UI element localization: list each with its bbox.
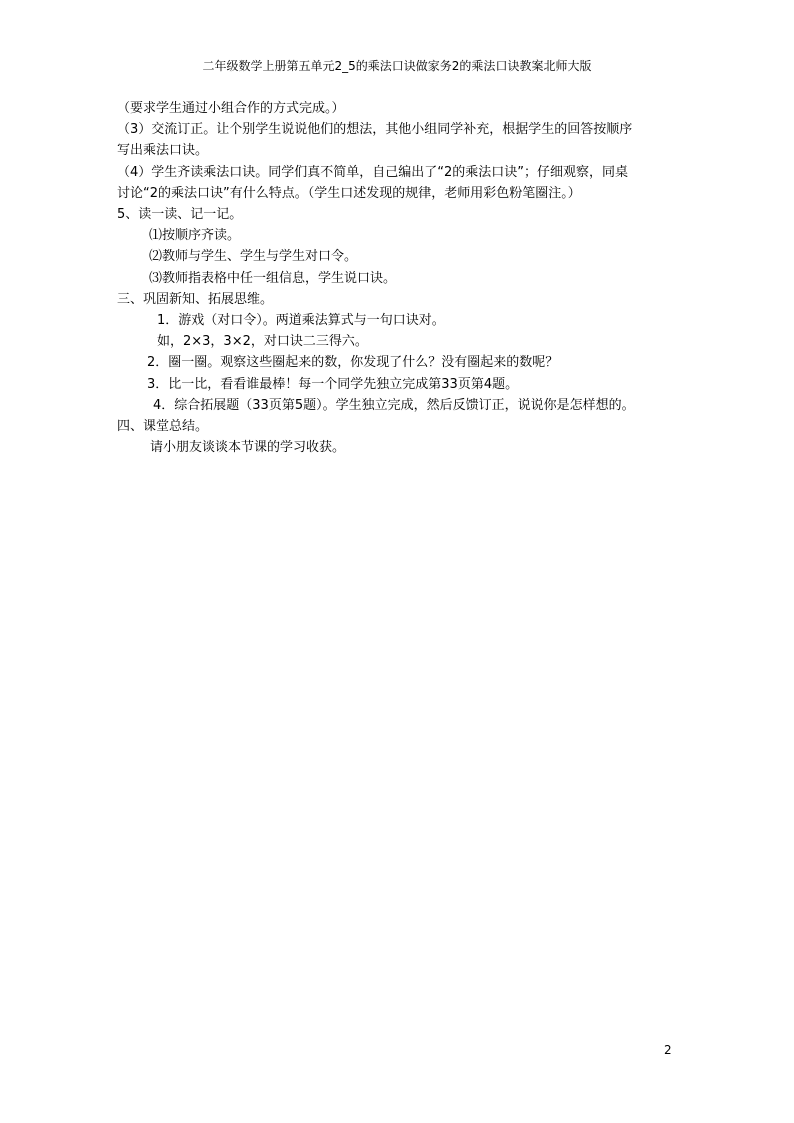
section-heading: 三、巩固新知、拓展思维。 xyxy=(117,289,682,310)
section-heading: 5、读一读、记一记。 xyxy=(117,204,682,225)
text-line: （4）学生齐读乘法口诀。同学们真不简单，自己编出了“2的乘法口诀”；仔细观察，同… xyxy=(117,162,682,183)
list-item: 3．比一比，看看谁最棒！每一个同学先独立完成第33页第4题。 xyxy=(117,374,682,395)
text-line: 如，2×3，3×2，对口诀二三得六。 xyxy=(117,331,682,352)
text-line: 请小朋友谈谈本节课的学习收获。 xyxy=(117,437,682,458)
document-body: （要求学生通过小组合作的方式完成。） （3）交流订正。让个别学生说说他们的想法，… xyxy=(117,98,682,458)
list-item: ⑴按顺序齐读。 xyxy=(117,225,682,246)
list-item: ⑵教师与学生、学生与学生对口令。 xyxy=(117,246,682,267)
list-item: 4．综合拓展题（33页第5题）。学生独立完成，然后反馈订正，说说你是怎样想的。 xyxy=(117,395,682,416)
text-line: 讨论“2的乘法口诀”有什么特点。（学生口述发现的规律，老师用彩色粉笔圈注。） xyxy=(117,183,682,204)
section-heading: 四、课堂总结。 xyxy=(117,416,682,437)
page-number: 2 xyxy=(664,1043,672,1057)
list-item: ⑶教师指表格中任一组信息，学生说口诀。 xyxy=(117,268,682,289)
list-item: 1．游戏（对口令）。两道乘法算式与一句口诀对。 xyxy=(117,310,682,331)
text-line: 写出乘法口诀。 xyxy=(117,140,682,161)
text-line: （要求学生通过小组合作的方式完成。） xyxy=(117,98,682,119)
list-item: 2．圈一圈。观察这些圈起来的数，你发现了什么？没有圈起来的数呢？ xyxy=(117,352,682,373)
page-header: 二年级数学上册第五单元2_5的乘法口诀做家务2的乘法口诀教案北师大版 xyxy=(0,57,794,74)
text-line: （3）交流订正。让个别学生说说他们的想法，其他小组同学补充，根据学生的回答按顺序 xyxy=(117,119,682,140)
